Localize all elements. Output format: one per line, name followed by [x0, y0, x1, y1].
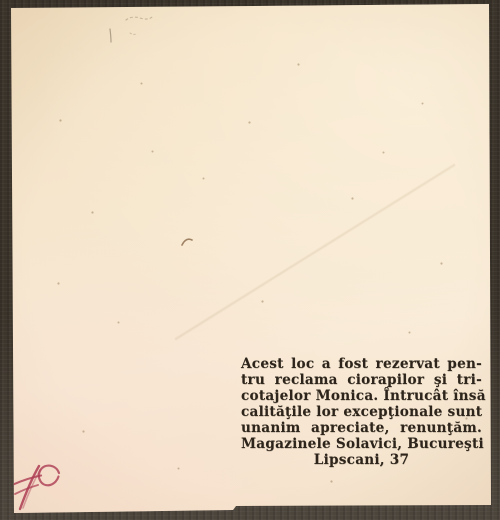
ad-text-line: Lipscani, 37	[241, 452, 482, 468]
ad-text-line: Magazinele Solavici, Bucureşti	[241, 436, 482, 452]
pencil-scribble	[88, 12, 168, 48]
ad-text-line: Acest loc a fost rezervat pen-	[241, 356, 482, 372]
handwritten-mark-fc: FC	[8, 460, 66, 518]
paper-fleck	[180, 236, 194, 248]
ad-text-line: calităţile lor excepţionale sunt	[241, 404, 482, 420]
paper-speckles	[0, 0, 1, 1]
ad-text-line: tru reclama ciorapilor şi tri-	[241, 372, 482, 388]
newspaper-clipping: Acest loc a fost rezervat pen- tru recla…	[0, 0, 500, 520]
scan-background: Acest loc a fost rezervat pen- tru recla…	[0, 0, 500, 520]
handwritten-mark-label: FC	[8, 460, 9, 461]
ad-text-block: Acest loc a fost rezervat pen- tru recla…	[241, 356, 482, 468]
ad-text-line: unanim apreciate, renunţăm.	[241, 420, 482, 436]
paper-crease	[174, 163, 456, 341]
red-pencil-fc-icon	[8, 460, 66, 514]
ad-text-line: cotajelor Monica. Întrucât însă	[241, 388, 482, 404]
